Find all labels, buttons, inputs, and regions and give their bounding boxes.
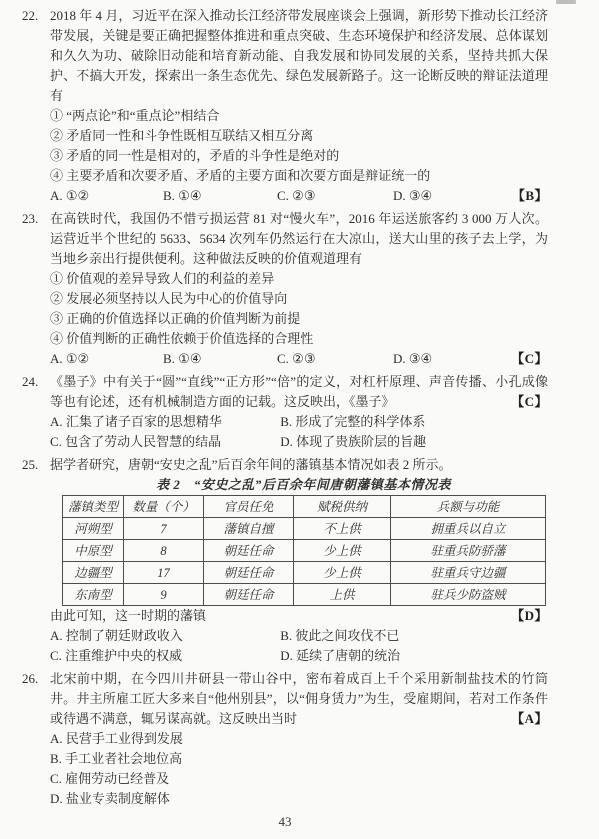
question-22-body: 2018 年 4 月，习近平在深入推动长江经济带发展座谈会上强调，新形势下推动长… (50, 6, 548, 206)
cropped-page-header-artifact (556, 0, 576, 4)
question-26-choice-a: A. 民营手工业得到发展 (50, 729, 548, 749)
question-25: 25. 据学者研究，唐朝“安史之乱”后百余年间的藩镇基本情况如表 2 所示。 表… (22, 455, 548, 666)
question-22-stem: 2018 年 4 月，习近平在深入推动长江经济带发展座谈会上强调，新形势下推动长… (50, 6, 548, 106)
table-cell: 拥重兵以自立 (391, 518, 546, 540)
question-23-choice-b: B. ①④ (163, 349, 277, 369)
table-2-header-row: 藩镇类型 数量（个） 官员任免 赋税供纳 兵额与功能 (63, 496, 546, 518)
question-23-item-1: ① 价值观的差异导致人们的利益的差异 (50, 269, 548, 289)
question-24-number: 24. (22, 372, 49, 392)
table-2-fanzhen: 藩镇类型 数量（个） 官员任免 赋税供纳 兵额与功能 河朔型 7 藩镇自擅 不上… (62, 495, 546, 606)
question-26-body: 北宋前中期，在今四川井研县一带山谷中，密布着成百上千个采用新制盐技术的竹筒井。井… (50, 669, 548, 809)
question-23-choice-c: C. ②③ (277, 349, 393, 369)
question-22-choice-d: D. ③④ (393, 186, 432, 206)
question-25-intro: 据学者研究，唐朝“安史之乱”后百余年间的藩镇基本情况如表 2 所示。 (50, 455, 548, 475)
table-cell: 17 (124, 562, 204, 584)
table-cell: 少上供 (294, 562, 391, 584)
question-25-choice-c: C. 注重维护中央的权威 (50, 646, 277, 666)
question-26-choice-b: B. 手工业者社会地位高 (50, 749, 548, 769)
question-25-choice-a: A. 控制了朝廷财政收入 (50, 626, 277, 646)
table-cell: 少上供 (294, 540, 391, 562)
table-cell: 河朔型 (63, 518, 124, 540)
question-25-choice-d: D. 延续了唐朝的统治 (280, 648, 400, 663)
table-row: 河朔型 7 藩镇自擅 不上供 拥重兵以自立 (63, 518, 546, 540)
question-26-stem-wrap: 北宋前中期，在今四川井研县一带山谷中，密布着成百上千个采用新制盐技术的竹筒井。井… (50, 669, 548, 729)
question-24: 24. 《墨子》中有关于“圆”“直线”“正方形”“倍”的定义，对杠杆原理、声音传… (22, 372, 548, 452)
table-cell: 不上供 (294, 518, 391, 540)
question-24-choice-a: A. 汇集了诸子百家的思想精华 (50, 412, 277, 432)
question-24-stem-wrap: 《墨子》中有关于“圆”“直线”“正方形”“倍”的定义，对杠杆原理、声音传播、小孔… (50, 372, 548, 412)
question-26-choice-c: C. 雇佣劳动已经普及 (50, 769, 548, 789)
question-26-number: 26. (22, 669, 49, 689)
question-24-choice-c: C. 包含了劳动人民智慧的结晶 (50, 432, 277, 452)
question-23-body: 在高铁时代，我国仍不惜亏损运营 81 对“慢火车”，2016 年运送旅客约 3 … (50, 209, 548, 369)
page-number: 43 (22, 812, 548, 832)
table-cell: 驻重兵守边疆 (391, 562, 546, 584)
question-22: 22. 2018 年 4 月，习近平在深入推动长江经济带发展座谈会上强调，新形势… (22, 6, 548, 206)
question-23-choices: A. ①② B. ①④ C. ②③ D. ③④ 【C】 (50, 349, 548, 369)
table-cell: 7 (124, 518, 204, 540)
table-cell: 8 (124, 540, 204, 562)
question-22-number: 22. (22, 6, 49, 26)
question-25-post-wrap: 由此可知，这一时期的藩镇 【D】 (50, 606, 548, 626)
question-23-item-2: ② 发展必须坚持以人民为中心的价值导向 (50, 289, 548, 309)
question-23-item-3: ③ 正确的价值选择以正确的价值判断为前提 (50, 309, 548, 329)
question-26-stem: 北宋前中期，在今四川井研县一带山谷中，密布着成百上千个采用新制盐技术的竹筒井。井… (50, 669, 548, 729)
table-row: 边疆型 17 朝廷任命 少上供 驻重兵守边疆 (63, 562, 546, 584)
table-row: 中原型 8 朝廷任命 少上供 驻重兵防骄藩 (63, 540, 546, 562)
question-22-choice-c: C. ②③ (277, 186, 393, 206)
table-cell: 朝廷任命 (204, 584, 294, 606)
question-26-answer-key: 【A】 (511, 709, 548, 729)
table-cell: 驻兵少防盗贼 (391, 584, 546, 606)
question-24-choice-d: D. 体现了贵族阶层的旨趣 (280, 434, 426, 449)
table-cell: 边疆型 (63, 562, 124, 584)
table-cell: 驻重兵防骄藩 (391, 540, 546, 562)
question-23: 23. 在高铁时代，我国仍不惜亏损运营 81 对“慢火车”，2016 年运送旅客… (22, 209, 548, 369)
exam-page: { "colors": { "paper": "#fafaf9", "ink":… (0, 0, 599, 839)
table-cell: 东南型 (63, 584, 124, 606)
question-22-item-1: ① “两点论”和“重点论”相结合 (50, 106, 548, 126)
question-25-choice-b: B. 彼此之间攻伐不已 (280, 628, 399, 643)
table-2-header-appointment: 官员任免 (204, 496, 294, 518)
question-24-choices-row-1: A. 汇集了诸子百家的思想精华 B. 形成了完整的科学体系 (50, 412, 548, 432)
question-25-number: 25. (22, 455, 49, 475)
table-2-title: 表 2 “安史之乱”后百余年间唐朝藩镇基本情况表 (62, 475, 545, 495)
table-2-header-type: 藩镇类型 (63, 496, 124, 518)
table-2-header-count: 数量（个） (124, 496, 204, 518)
question-25-post: 由此可知，这一时期的藩镇 (50, 606, 548, 626)
question-22-choice-a: A. ①② (50, 186, 163, 206)
question-22-choices: A. ①② B. ①④ C. ②③ D. ③④ 【B】 (50, 186, 548, 206)
question-22-item-4: ④ 主要矛盾和次要矛盾、矛盾的主要方面和次要方面是辩证统一的 (50, 166, 548, 186)
question-23-stem: 在高铁时代，我国仍不惜亏损运营 81 对“慢火车”，2016 年运送旅客约 3 … (50, 209, 548, 269)
question-24-choices-row-2: C. 包含了劳动人民智慧的结晶 D. 体现了贵族阶层的旨趣 (50, 432, 548, 452)
question-24-stem: 《墨子》中有关于“圆”“直线”“正方形”“倍”的定义，对杠杆原理、声音传播、小孔… (50, 372, 548, 412)
question-23-item-4: ④ 价值判断的正确性依赖于价值选择的合理性 (50, 329, 548, 349)
table-2-header-troops: 兵额与功能 (391, 496, 546, 518)
question-24-answer-key: 【C】 (511, 392, 548, 412)
question-24-body: 《墨子》中有关于“圆”“直线”“正方形”“倍”的定义，对杠杆原理、声音传播、小孔… (50, 372, 548, 452)
question-25-body: 据学者研究，唐朝“安史之乱”后百余年间的藩镇基本情况如表 2 所示。 表 2 “… (50, 455, 548, 666)
table-cell: 中原型 (63, 540, 124, 562)
question-26: 26. 北宋前中期，在今四川井研县一带山谷中，密布着成百上千个采用新制盐技术的竹… (22, 669, 548, 809)
table-cell: 9 (124, 584, 204, 606)
question-22-item-2: ② 矛盾同一性和斗争性既相互联结又相互分离 (50, 126, 548, 146)
table-cell: 朝廷任命 (204, 540, 294, 562)
question-23-choice-d: D. ③④ (393, 349, 432, 369)
question-25-choices-row-1: A. 控制了朝廷财政收入 B. 彼此之间攻伐不已 (50, 626, 548, 646)
question-23-answer-key: 【C】 (511, 349, 548, 369)
question-26-choice-d: D. 盐业专卖制度解体 (50, 789, 548, 809)
question-22-choice-b: B. ①④ (163, 186, 277, 206)
question-25-choices-row-2: C. 注重维护中央的权威 D. 延续了唐朝的统治 (50, 646, 548, 666)
question-24-choice-b: B. 形成了完整的科学体系 (280, 414, 425, 429)
question-22-answer-key: 【B】 (512, 186, 548, 206)
table-cell: 上供 (294, 584, 391, 606)
table-row: 东南型 9 朝廷任命 上供 驻兵少防盗贼 (63, 584, 546, 606)
question-23-choice-a: A. ①② (50, 349, 163, 369)
table-2-header-tax: 赋税供纳 (294, 496, 391, 518)
table-cell: 朝廷任命 (204, 562, 294, 584)
question-25-answer-key: 【D】 (511, 606, 548, 626)
question-22-item-3: ③ 矛盾的同一性是相对的，矛盾的斗争性是绝对的 (50, 146, 548, 166)
question-23-number: 23. (22, 209, 49, 229)
table-cell: 藩镇自擅 (204, 518, 294, 540)
